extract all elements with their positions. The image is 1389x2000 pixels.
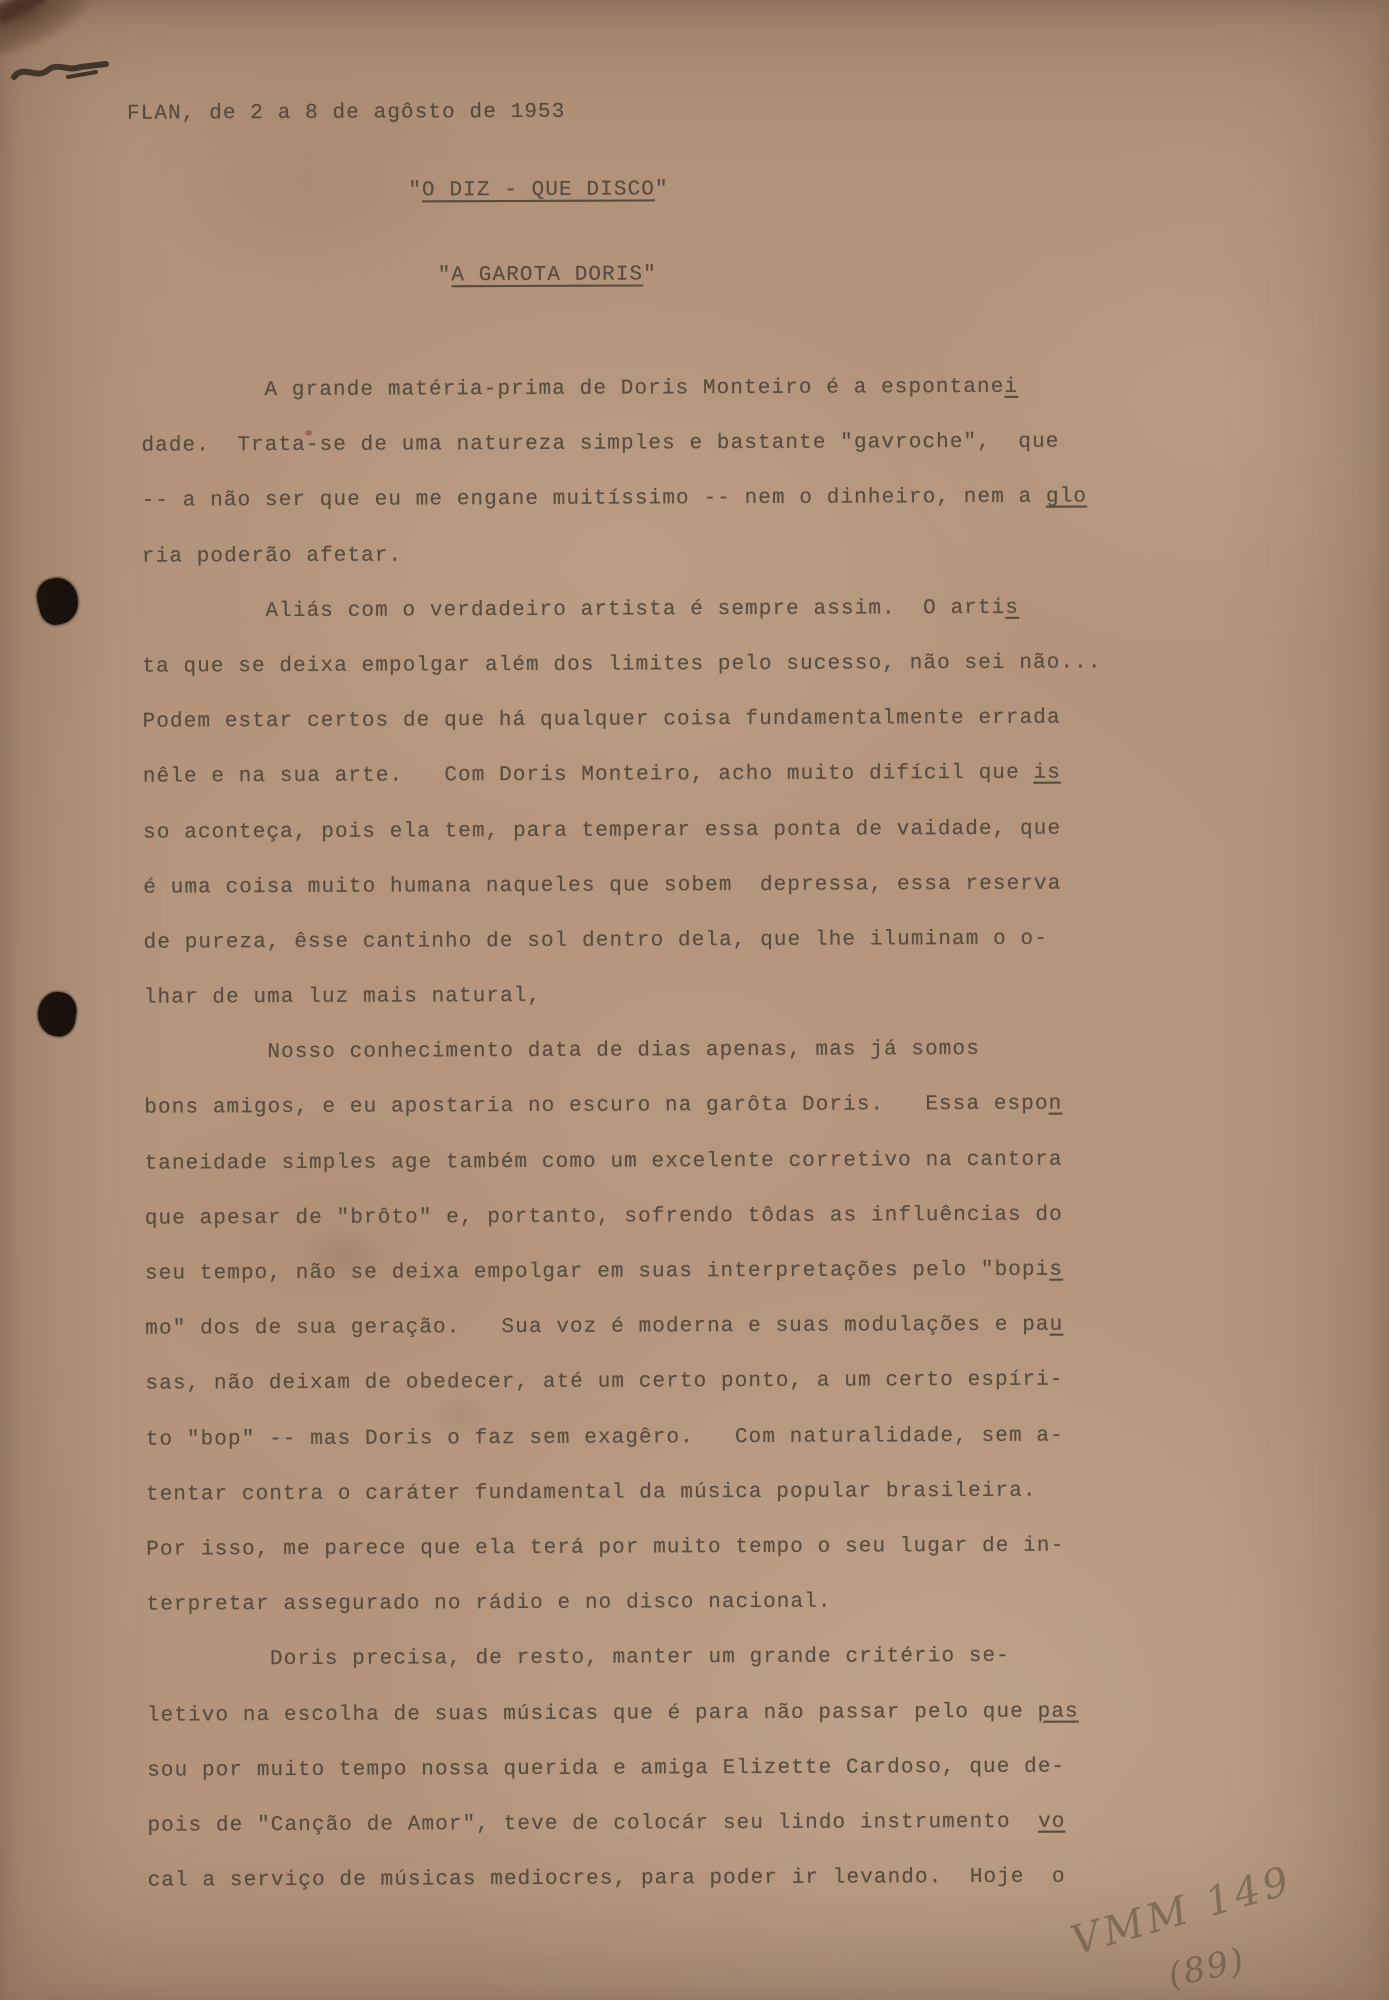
line-text: cal a serviço de músicas mediocres, para… (148, 1866, 1066, 1893)
line-text: ta que se deixa empolgar além dos limite… (142, 651, 1101, 678)
underlined-syllable: is (1033, 762, 1061, 785)
typescript-line: Por isso, me parece que ela terá por mui… (146, 1534, 1105, 1593)
typescript-line: dade. Trata-se de uma natureza simples e… (141, 431, 1100, 490)
line-text: bons amigos, e eu apostaria no escuro na… (144, 1093, 1048, 1120)
typed-content: FLAN, de 2 a 8 de agôsto de 1953 "O DIZ … (0, 0, 1389, 2000)
typescript-line: Aliás com o verdadeiro artista é sempre … (142, 596, 1101, 655)
typescript-line: que apesar de "brôto" e, portanto, sofre… (145, 1203, 1104, 1262)
typescript-line: tentar contra o caráter fundamental da m… (146, 1479, 1105, 1538)
pencil-scribble-mark (10, 55, 120, 91)
typescript-line: taneidade simples age também como um exc… (145, 1148, 1104, 1207)
line-text: ria poderão afetar. (142, 544, 402, 568)
document-header: FLAN, de 2 a 8 de agôsto de 1953 (127, 101, 566, 126)
typescript-line: to "bop" -- mas Doris o faz sem exagêro.… (146, 1424, 1105, 1483)
open-quote: " (408, 179, 422, 202)
line-text: é uma coisa muito humana naqueles que so… (143, 872, 1061, 899)
typescript-line: cal a serviço de músicas mediocres, para… (148, 1866, 1107, 1925)
typescript-line: ria poderão afetar. (142, 541, 1101, 600)
underlined-syllable: i (1004, 376, 1018, 399)
line-text: que apesar de "brôto" e, portanto, sofre… (145, 1203, 1063, 1230)
line-text: dade. Trata-se de uma natureza simples e… (141, 431, 1059, 458)
line-text: Doris precisa, de resto, manter um grand… (147, 1645, 1010, 1672)
line-text: lhar de uma luz mais natural, (144, 985, 541, 1010)
typescript-line: lhar de uma luz mais natural, (144, 983, 1103, 1042)
typescript-line: de pureza, êsse cantinho de sol dentro d… (144, 927, 1103, 986)
typescript-line: mo" dos de sua geração. Sua voz é modern… (145, 1314, 1104, 1373)
typescript-line: letivo na escolha de suas músicas que é … (147, 1700, 1106, 1759)
close-quote: " (643, 263, 657, 286)
line-text: A grande matéria-prima de Doris Monteiro… (141, 376, 1004, 403)
article-body: A grande matéria-prima de Doris Monteiro… (141, 375, 1107, 1924)
line-text: seu tempo, não se deixa empolgar em suas… (145, 1259, 1049, 1286)
typescript-line: sas, não deixam de obedecer, até um cert… (145, 1369, 1104, 1428)
typescript-line: pois de "Canção de Amor", teve de colocá… (147, 1810, 1106, 1869)
scanned-typescript-page: FLAN, de 2 a 8 de agôsto de 1953 "O DIZ … (0, 0, 1389, 2000)
column-title: "O DIZ - QUE DISCO" (408, 178, 668, 202)
underlined-syllable: u (1050, 1314, 1064, 1337)
typescript-line: nêle e na sua arte. Com Doris Monteiro, … (143, 762, 1102, 821)
line-text: nêle e na sua arte. Com Doris Monteiro, … (143, 762, 1034, 789)
line-text: Aliás com o verdadeiro artista é sempre … (142, 597, 1005, 624)
underlined-syllable: vo (1038, 1811, 1066, 1834)
underlined-syllable: glo (1046, 486, 1087, 509)
typescript-line: bons amigos, e eu apostaria no escuro na… (144, 1093, 1103, 1152)
line-text: so aconteça, pois ela tem, para temperar… (143, 817, 1061, 844)
underlined-syllable: pas (1038, 1700, 1079, 1723)
typescript-line: so aconteça, pois ela tem, para temperar… (143, 817, 1102, 876)
close-quote: " (655, 178, 669, 201)
article-title: "A GAROTA DORIS" (438, 263, 657, 287)
paper-stain (430, 1395, 490, 1435)
open-quote: " (438, 264, 452, 287)
line-text: Por isso, me parece que ela terá por mui… (146, 1535, 1064, 1562)
line-text: sas, não deixam de obedecer, até um cert… (145, 1369, 1063, 1396)
line-text: de pureza, êsse cantinho de sol dentro d… (144, 928, 1048, 955)
typescript-line: ta que se deixa empolgar além dos limite… (142, 651, 1101, 710)
underlined-syllable: s (1049, 1259, 1063, 1282)
typescript-line: seu tempo, não se deixa empolgar em suas… (145, 1258, 1104, 1317)
article-title-text: A GAROTA DORIS (451, 263, 643, 287)
typescript-line: sou por muito tempo nossa querida e amig… (147, 1755, 1106, 1814)
typescript-line: Nosso conhecimento data de dias apenas, … (144, 1038, 1103, 1097)
paper-speck (305, 430, 312, 436)
underlined-syllable: n (1049, 1093, 1063, 1116)
line-text: sou por muito tempo nossa querida e amig… (147, 1755, 1065, 1782)
line-text: tentar contra o caráter fundamental da m… (146, 1480, 1037, 1507)
line-text: -- a não ser que eu me engane muitíssimo… (142, 486, 1046, 513)
typescript-line: A grande matéria-prima de Doris Monteiro… (141, 375, 1100, 434)
line-text: pois de "Canção de Amor", teve de colocá… (147, 1811, 1038, 1838)
line-text: letivo na escolha de suas músicas que é … (147, 1700, 1038, 1727)
underlined-syllable: s (1005, 597, 1019, 620)
line-text: Nosso conhecimento data de dias apenas, … (144, 1038, 980, 1065)
line-text: mo" dos de sua geração. Sua voz é modern… (145, 1314, 1049, 1341)
line-text: to "bop" -- mas Doris o faz sem exagêro.… (146, 1424, 1064, 1451)
typescript-line: Podem estar certos de que há qualquer co… (143, 707, 1102, 766)
line-text: terpretar assegurado no rádio e no disco… (146, 1591, 831, 1617)
typescript-line: terpretar assegurado no rádio e no disco… (146, 1590, 1105, 1649)
typescript-line: Doris precisa, de resto, manter um grand… (147, 1645, 1106, 1704)
line-text: taneidade simples age também como um exc… (145, 1148, 1063, 1175)
paper-stain (300, 1228, 390, 1286)
column-title-text: O DIZ - QUE DISCO (422, 178, 655, 202)
typescript-line: é uma coisa muito humana naqueles que so… (143, 872, 1102, 931)
typescript-line: -- a não ser que eu me engane muitíssimo… (142, 486, 1101, 545)
line-text: Podem estar certos de que há qualquer co… (143, 707, 1061, 734)
